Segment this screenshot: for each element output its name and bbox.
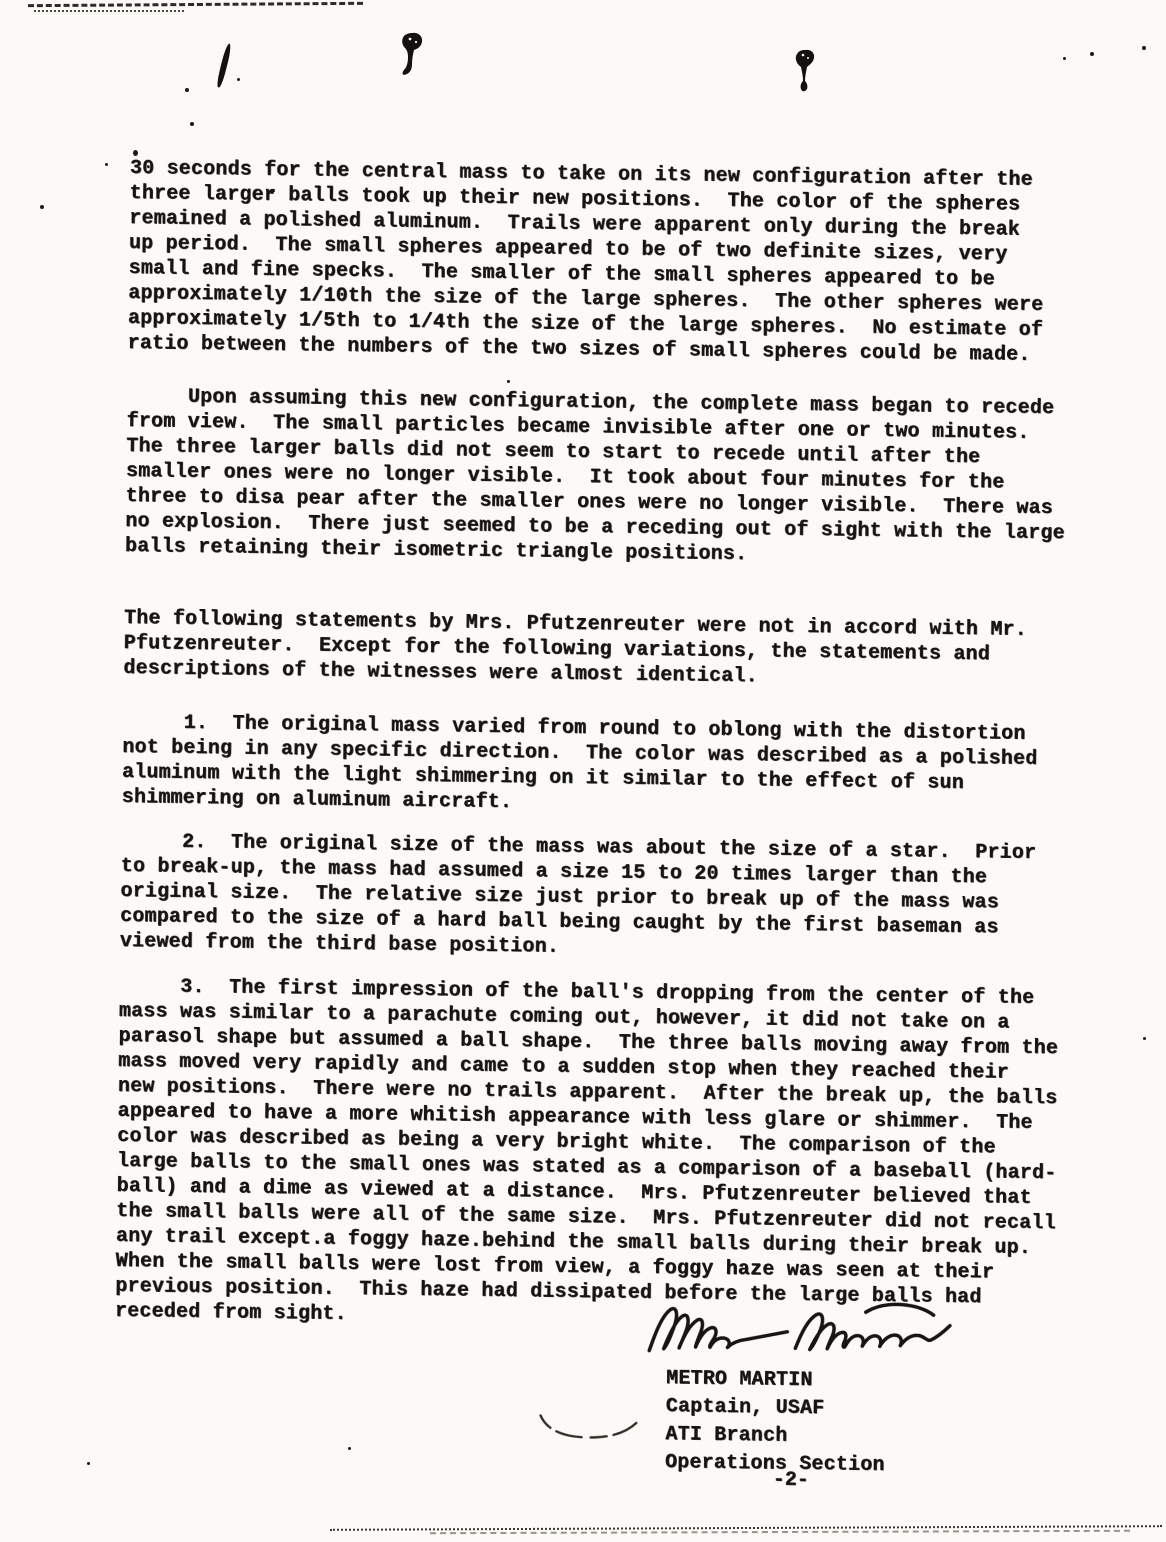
scan-bottom-dashes-2 <box>430 1530 1130 1534</box>
paragraph-statements-intro: The following statements by Mrs. Pfutzen… <box>123 606 1084 694</box>
numbered-item-2: 2. The original size of the mass was abo… <box>120 829 1082 967</box>
signatory-branch: ATI Branch <box>665 1421 885 1452</box>
noise-speck <box>237 78 240 81</box>
scan-edge-dashes-2 <box>34 10 184 12</box>
noise-speck <box>1143 1037 1146 1040</box>
numbered-item-1: 1. The original mass varied from round t… <box>121 710 1082 823</box>
noise-speck <box>1090 52 1094 56</box>
page-number: -2- <box>773 1468 809 1493</box>
signature-block: METRO MARTIN Captain, USAF ATI Branch Op… <box>665 1365 886 1480</box>
ink-stroke-mark <box>216 43 233 88</box>
pen-flourish-mark <box>537 1411 643 1442</box>
document-body: 30 seconds for the central mass to take … <box>115 156 1090 1336</box>
fastener-ink-mark-left <box>399 32 425 79</box>
noise-speck <box>1142 46 1146 50</box>
paragraph-continuation: 30 seconds for the central mass to take … <box>127 156 1090 369</box>
paragraph-recede: Upon assuming this new configuration, th… <box>125 384 1087 572</box>
noise-speck <box>40 205 44 209</box>
noise-speck <box>348 1447 351 1450</box>
signatory-rank: Captain, USAF <box>665 1393 885 1424</box>
noise-speck <box>1063 57 1066 60</box>
fastener-ink-mark-right <box>792 49 818 94</box>
noise-speck <box>185 88 189 92</box>
noise-speck <box>87 1462 90 1465</box>
numbered-item-3: 3. The first impression of the ball's dr… <box>115 974 1079 1337</box>
scanned-page: 30 seconds for the central mass to take … <box>0 0 1166 1542</box>
noise-speck <box>190 122 194 126</box>
signatory-name: METRO MARTIN <box>666 1365 886 1396</box>
scan-edge-dashes <box>28 2 363 7</box>
handwritten-signature <box>644 1291 955 1367</box>
noise-speck <box>105 163 108 166</box>
